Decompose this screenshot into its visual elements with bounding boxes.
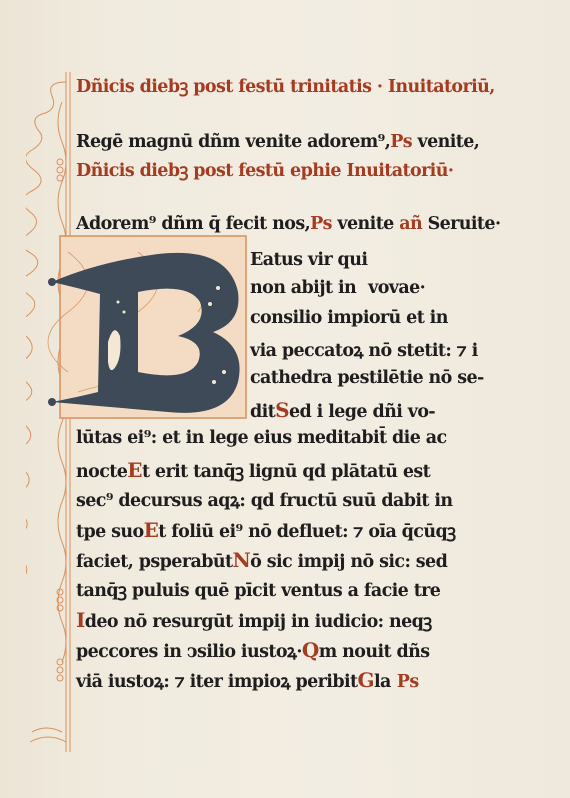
text-line-7: consilio impiorū et in [250, 308, 448, 328]
text-line-19: viā iustoꝝ: ⁊ iter impioꝝ peribitGlaPs [76, 668, 419, 693]
text-line-12: nocteEt erit tanq̄ꝫ lignū qd plātatū est [76, 458, 430, 483]
text-line-13: sec⁹ decursus aqꝝ: qd fructū suū dabit i… [76, 488, 453, 512]
text-line-9: cathedra pestilētie nō se- [250, 368, 484, 388]
text-line-15: faciet, psperabūtNō sic impij nō sic: se… [76, 548, 447, 572]
text-line-10: ditSed i lege dñi vo- [250, 398, 435, 422]
rubric-heading-epiphany: Dñicis diebꝫ post festū ephie Inuitatori… [76, 158, 453, 182]
text-line-17: Ideo nō resurgūt impij in iudicio: neqꝫ [76, 608, 432, 633]
text-line-6: non abijt invovae· [250, 278, 425, 298]
text-line-5: Eatus vir qui [250, 250, 367, 270]
illuminated-initial-b [38, 232, 248, 422]
text-line-2: Regē magnū dñm venite adorem⁹,Ps venite, [76, 132, 479, 152]
text-line-18: peccores in ↄsilio iustoꝝ·Qm nouit dñs [76, 638, 430, 663]
text-line-14: tpe suoEt foliū ei⁹ nō defluet: ⁊ oīa q̄… [76, 518, 455, 543]
text-line-8: via peccatoꝝ nō stetit: ⁊ i [250, 338, 478, 362]
text-line-16: tanq̄ꝫ puluis quē pīcit ventus a facie t… [76, 578, 440, 602]
text-line-4: Adorem⁹ dñm q̄ fecit nos,Ps venite añ Se… [76, 214, 500, 234]
text-line-11: lūtas ei⁹: et in lege eius meditabit̄ di… [76, 428, 447, 448]
manuscript-page: Dñicis diebꝫ post festū trinitatis · Inu… [0, 0, 570, 798]
rubric-heading-trinity: Dñicis diebꝫ post festū trinitatis · Inu… [76, 74, 495, 98]
